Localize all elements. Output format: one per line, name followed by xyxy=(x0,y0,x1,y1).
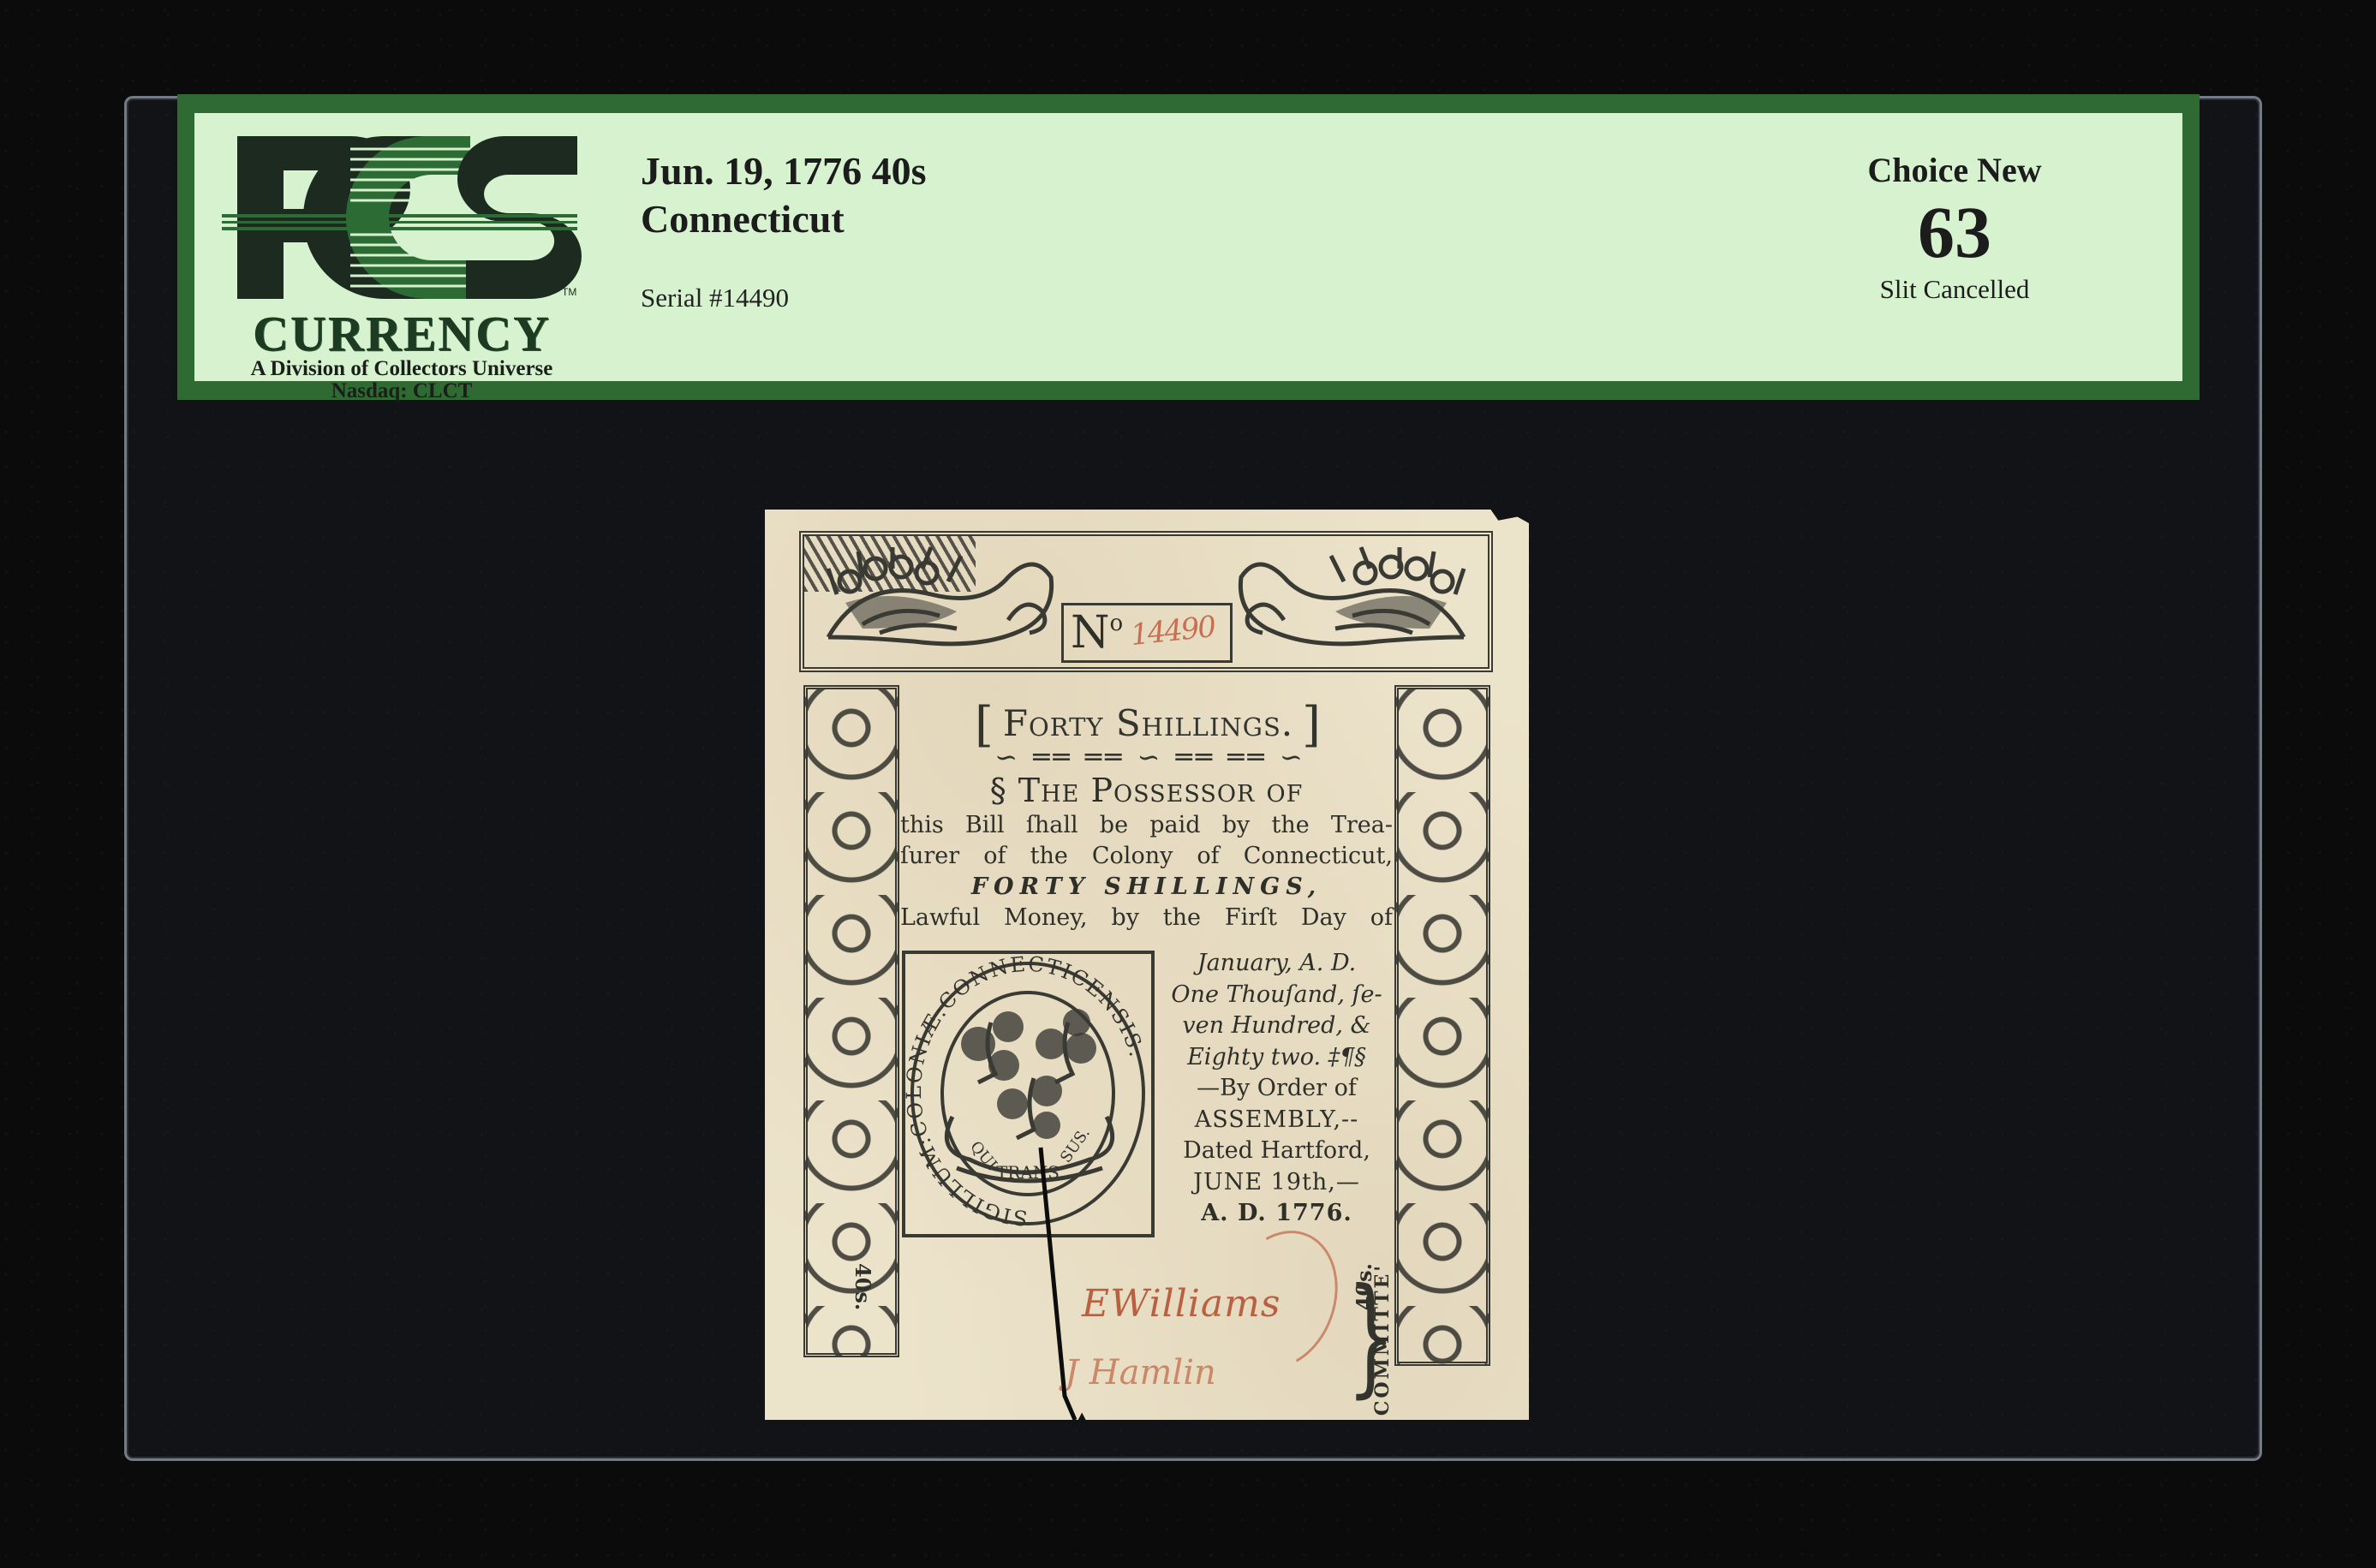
denomination-heading: [Forty Shillings.] xyxy=(915,692,1382,748)
grapevine-seal-icon: SIGILLUM:COLONIÆ:CONNECTICENSIS: TRANS Q… xyxy=(905,954,1151,1234)
date-text-column: January, A. D. One Thouſand, ſe- ven Hun… xyxy=(1163,948,1390,1230)
note-title: Jun. 19, 1776 40s xyxy=(641,147,927,195)
svg-text:TRANS: TRANS xyxy=(996,1162,1060,1183)
colony-seal: SIGILLUM:COLONIÆ:CONNECTICENSIS: TRANS Q… xyxy=(902,951,1155,1237)
cornucopia-ornament-icon xyxy=(1233,543,1481,659)
date-line: One Thouſand, ſe- xyxy=(1163,980,1390,1011)
date-line: —By Order of xyxy=(1163,1073,1390,1105)
body-line: this Bill ſhall be paid by the Trea- xyxy=(900,810,1393,841)
body-line: Lawful Money, by the Firſt Day of xyxy=(900,903,1393,933)
grade-number: 63 xyxy=(1826,195,2083,269)
signature-area: EWilliams J Hamlin xyxy=(919,1246,1382,1417)
banknote: No 14490 [Forty Shillings.] ∽ ══ ══ ∽ ══… xyxy=(765,510,1529,1420)
serial-number-box: No 14490 xyxy=(1061,603,1233,663)
grade-note: Slit Cancelled xyxy=(1826,274,2083,305)
note-description: Jun. 19, 1776 40s Connecticut Serial #14… xyxy=(641,147,927,313)
pcgs-mark-icon xyxy=(222,132,582,303)
date-line: January, A. D. xyxy=(1163,948,1390,980)
note-serial: Serial #14490 xyxy=(641,283,927,313)
logo-division-text: A Division of Collectors Universe xyxy=(222,357,582,381)
signature-hamlin: J Hamlin xyxy=(1065,1353,1216,1392)
denomination-left: 40s. xyxy=(851,1263,875,1310)
note-state: Connecticut xyxy=(641,195,927,243)
right-ornament-border xyxy=(1394,685,1490,1366)
date-line: Eighty two. ‡¶§ xyxy=(1163,1042,1390,1074)
body-line: ſurer of the Colony of Connecticut, xyxy=(900,841,1393,872)
grading-label: TM CURRENCY A Division of Collectors Uni… xyxy=(177,94,2200,400)
logo-ticker-text: Nasdaq: CLCT xyxy=(222,379,582,403)
body-line: § The Possessor of xyxy=(900,771,1393,810)
date-line: A. D. 1776. xyxy=(1163,1198,1390,1230)
signature-williams: EWilliams xyxy=(1082,1282,1281,1326)
date-line: ASSEMBLY,-- xyxy=(1163,1105,1390,1136)
serial-prefix: No xyxy=(1071,607,1123,659)
serial-handwritten: 14490 xyxy=(1129,610,1216,653)
left-ornament-border xyxy=(803,685,899,1357)
grading-label-inner: TM CURRENCY A Division of Collectors Uni… xyxy=(194,113,2182,381)
logo-wordmark: CURRENCY xyxy=(222,305,582,362)
grade-designation: Choice New xyxy=(1826,147,2083,194)
top-ornament-band: No 14490 xyxy=(799,531,1493,672)
grade-block: Choice New 63 Slit Cancelled xyxy=(1826,147,2083,305)
note-body-text: § The Possessor of this Bill ſhall be pa… xyxy=(900,771,1393,933)
center-ornament xyxy=(804,536,976,592)
decorative-rule: ∽ ══ ══ ∽ ══ ══ ∽ xyxy=(919,741,1382,773)
body-line: FORTY SHILLINGS, xyxy=(900,872,1393,903)
date-line: JUNE 19th,— xyxy=(1163,1167,1390,1199)
date-line: Dated Hartford, xyxy=(1163,1136,1390,1167)
date-line: ven Hundred, & xyxy=(1163,1011,1390,1042)
trademark-symbol: TM xyxy=(562,286,576,298)
pcgs-logo: TM CURRENCY A Division of Collectors Uni… xyxy=(222,132,582,389)
